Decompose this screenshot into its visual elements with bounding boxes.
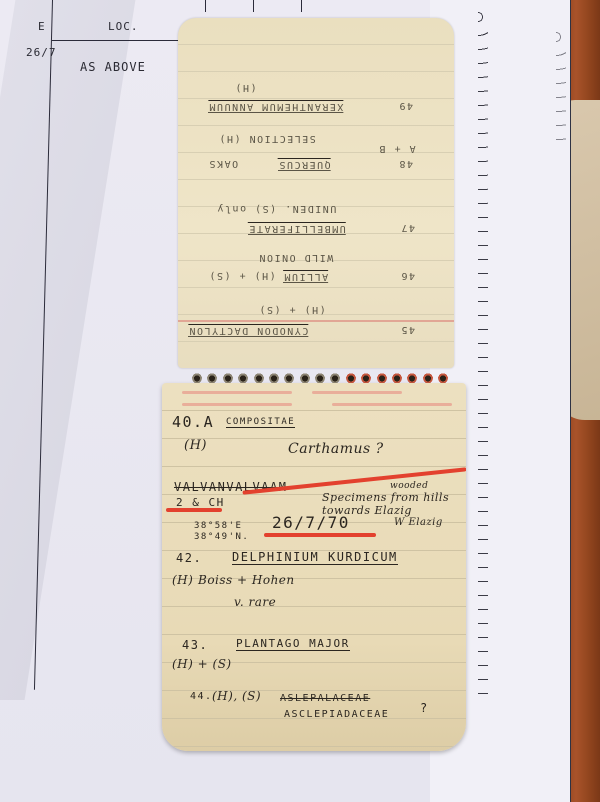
entry-48-prefix: A + B	[378, 143, 416, 154]
entry-40a-number: 40.A	[172, 413, 214, 431]
bleed-through-red	[182, 403, 292, 406]
coord-lon: 38°58'E	[194, 521, 242, 531]
entry-40a-code: (H)	[184, 438, 207, 453]
entry-43-name: PLANTAGO MAJOR	[236, 637, 350, 651]
entry-40a-name: Carthamus ?	[288, 441, 384, 457]
entry-49-name: XERANTHEMUM ANNUUM	[208, 100, 343, 112]
entry-45-note: (H) + (S)	[258, 304, 326, 315]
entry-48-name: QUERCUS	[278, 158, 331, 170]
entry-46-note: (H) + (S)	[208, 270, 276, 281]
entry-45-number: 45	[400, 324, 415, 335]
sheet-header-loc: LOC.	[108, 20, 139, 33]
entry-42-note: v. rare	[234, 595, 276, 609]
site-code-underline	[166, 508, 222, 512]
bleed-through-red	[182, 391, 292, 394]
sheet-row-date: 26/7	[26, 46, 57, 59]
entry-42-number: 42.	[176, 551, 202, 565]
location-line3: W Elazig	[394, 517, 443, 528]
entry-46-common: WILD ONION	[258, 252, 333, 263]
entry-48-common: OAKS	[208, 158, 238, 169]
entry-46-name: ALLIUM	[283, 270, 328, 282]
collection-date: 26/7/70	[272, 513, 350, 532]
entry-44-name: ASCLEPIADACEAE	[284, 709, 389, 720]
entry-44-crossed: ASLEPALACEAE	[280, 693, 370, 704]
entry-47-note: UNIDEN. (S) only	[216, 203, 336, 214]
entry-47-number: 47	[400, 222, 415, 233]
bleed-through-red	[332, 403, 452, 406]
table-rule-horizontal	[52, 40, 182, 41]
entry-49-note: (H)	[234, 82, 257, 93]
entry-43-number: 43.	[182, 638, 208, 652]
entry-44-code: (H), (S)	[212, 689, 261, 703]
sheet-header-left: E	[38, 20, 46, 33]
entry-42-authority: Boiss + Hohen	[198, 573, 295, 587]
entry-46-number: 46	[400, 270, 415, 281]
date-underline	[264, 533, 376, 537]
entry-48-number: 48	[398, 158, 413, 169]
entry-45-name: CYNODON DACTYLON	[188, 324, 308, 336]
location-line1: Specimens from hills	[322, 491, 449, 504]
entry-42-name: DELPHINIUM KURDICUM	[232, 550, 398, 565]
notebook-bottom-page: 40.A COMPOSITAE (H) Carthamus ? VALVANVA…	[162, 383, 466, 751]
entry-48-note: SELECTION (H)	[218, 133, 316, 144]
scalloped-edge-mark-2	[556, 30, 566, 150]
entry-44-number: 44.	[190, 691, 213, 702]
coord-lat: 38°49'N.	[194, 532, 249, 542]
entry-49-number: 49	[398, 100, 413, 111]
notebook-top-page: (H) XERANTHEMUM ANNUUM 49 SELECTION (H) …	[178, 18, 454, 368]
location-insert: wooded	[390, 481, 428, 491]
entry-43-code: (H) + (S)	[172, 657, 232, 671]
bleed-through-red	[312, 391, 402, 394]
entry-44-question-mark: ?	[420, 701, 429, 715]
sheet-row-text: AS ABOVE	[80, 60, 146, 74]
red-margin-line	[178, 320, 454, 322]
scalloped-edge-mark	[478, 10, 488, 700]
folded-sheet-edge	[0, 0, 135, 700]
entry-47-name: UMBELLIFERATE	[248, 222, 346, 234]
entry-42-code: (H)	[172, 573, 193, 587]
entry-40a-family: COMPOSITAE	[226, 417, 295, 428]
